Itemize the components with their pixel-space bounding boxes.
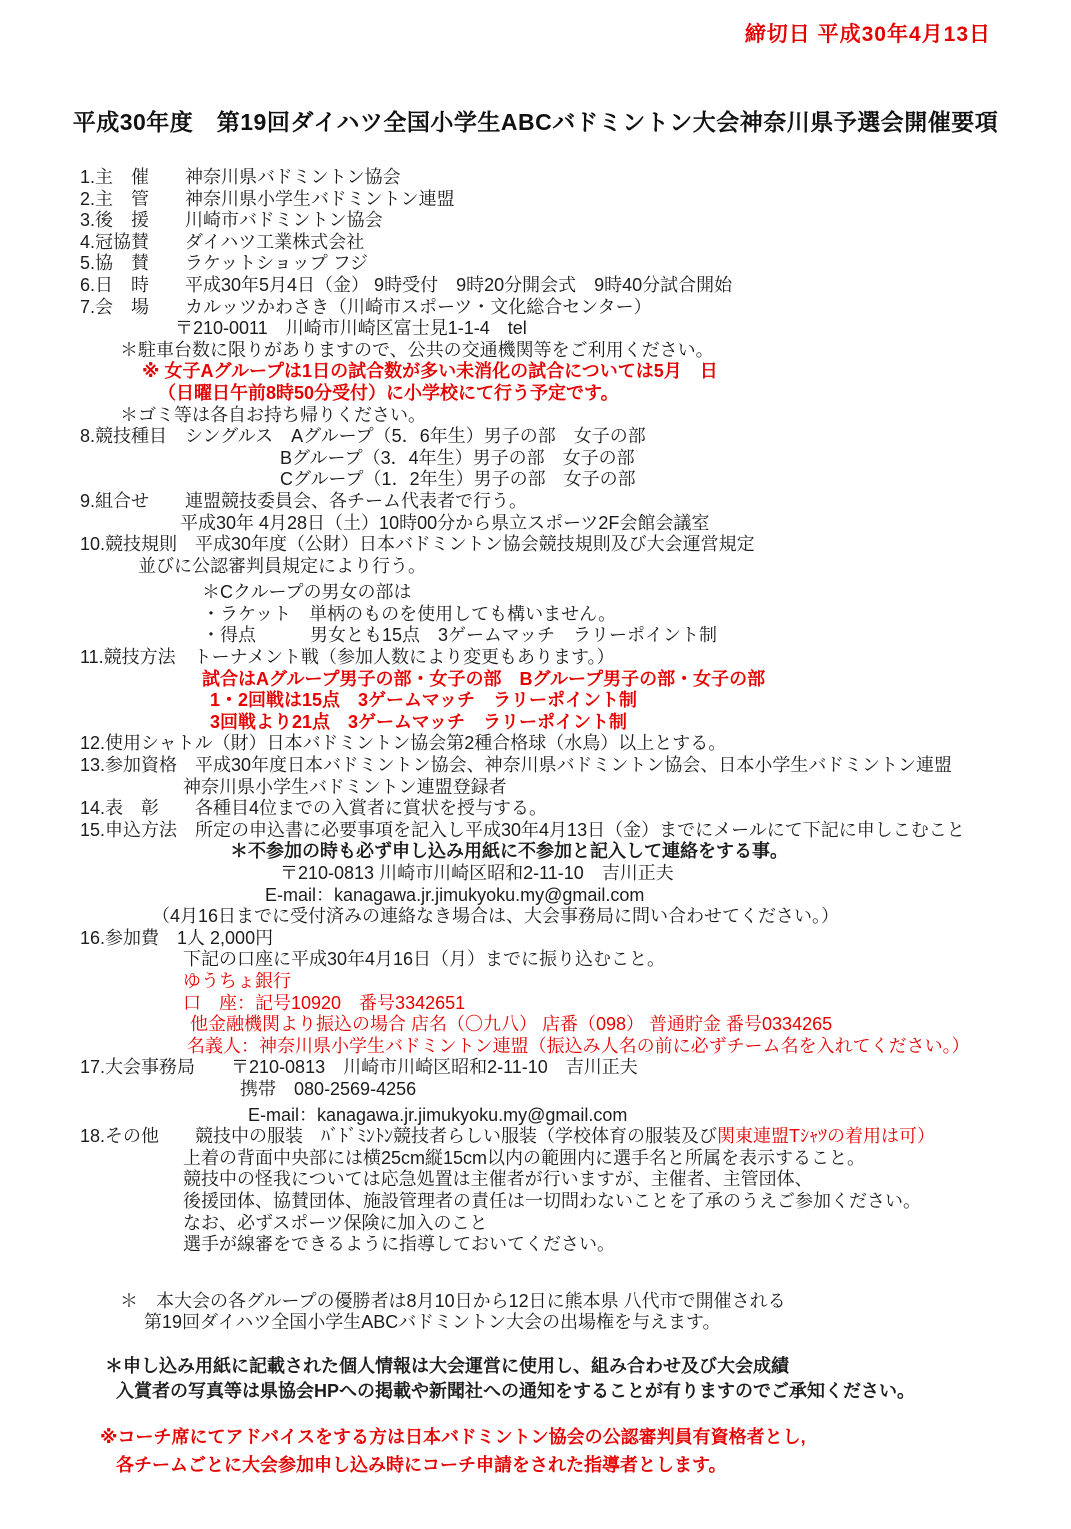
deadline-note: 締切日 平成30年4月13日 (0, 0, 1071, 48)
doc-line: 選手が線審をできるように指導しておいてください。 (80, 1234, 1051, 1256)
doc-line-text: 6.日 時 平成30年5月4日（金） 9時受付 9時20分開会式 9時40分試合… (80, 275, 732, 295)
doc-line-text: E-mail：kanagawa.jr.jimukyoku.my@gmail.co… (248, 1105, 627, 1125)
doc-line: 携帯 080-2569-4256 (80, 1079, 1051, 1101)
doc-line-text: 口 座：記号10920 番号3342651 (183, 993, 465, 1013)
doc-line: ＊ 本大会の各グループの優勝者は8月10日から12日に熊本県 八代市で開催される (80, 1291, 1051, 1313)
doc-line: 12.使用シャトル（財）日本バドミントン協会第2種合格球（水鳥）以上とする。 (80, 733, 1051, 755)
doc-line: 下記の口座に平成30年4月16日（月）までに振り込むこと。 (80, 949, 1051, 971)
doc-line: ＊Cクループの男女の部は (80, 582, 1051, 604)
doc-line: （4月16日までに受付済みの連絡なき場合は、大会事務局に問い合わせてください。） (80, 906, 1051, 928)
doc-line-text: 試合はAグループ男子の部・女子の部 Bグループ男子の部・女子の部 (202, 669, 765, 689)
doc-line-text: （4月16日までに受付済みの連絡なき場合は、大会事務局に問い合わせてください。） (152, 906, 839, 926)
doc-line: 14.表 彰 各種目4位までの入賞者に賞状を授与する。 (80, 798, 1051, 820)
doc-line-text: ＊駐車台数に限りがありますので、公共の交通機関等をご利用ください。 (120, 340, 714, 360)
doc-line-text: 11.競技方法 トーナメント戦（参加人数により変更もあります。） (80, 647, 615, 667)
doc-line: 試合はAグループ男子の部・女子の部 Bグループ男子の部・女子の部 (80, 669, 1051, 691)
doc-line: 4.冠協賛 ダイハツ工業株式会社 (80, 232, 1051, 254)
doc-line: E-mail：kanagawa.jr.jimukyoku.my@gmail.co… (80, 885, 1051, 907)
doc-line: 17.大会事務局 〒210-0813 川崎市川崎区昭和2-11-10 吉川正夫 (80, 1057, 1051, 1079)
doc-line-text: 5.協 賛 ラケットショップ フジ (80, 253, 368, 273)
doc-line: ・得点 男女とも15点 3ゲームマッチ ラリーポイント制 (80, 625, 1051, 647)
doc-line-text: 後援団体、協賛団体、施設管理者の責任は一切問わないことを了承のうえご参加ください… (183, 1191, 921, 1211)
doc-line: なお、必ずスポーツ保険に加入のこと (80, 1213, 1051, 1235)
doc-line-text: E-mail：kanagawa.jr.jimukyoku.my@gmail.co… (265, 885, 644, 905)
doc-line: 13.参加資格 平成30年度日本バドミントン協会、神奈川県バドミントン協会、日本… (80, 755, 1051, 777)
doc-line-text: ゆうちょ銀行 (183, 971, 291, 991)
doc-line-text: 14.表 彰 各種目4位までの入賞者に賞状を授与する。 (80, 798, 547, 818)
doc-line-text: 17.大会事務局 〒210-0813 川崎市川崎区昭和2-11-10 吉川正夫 (80, 1057, 638, 1077)
doc-line: 7.会 場 カルッツかわさき（川崎市スポーツ・文化総合センター） (80, 297, 1051, 319)
doc-line: 10.競技規則 平成30年度（公財）日本バドミントン協会競技規則及び大会運営規定 (80, 534, 1051, 556)
doc-line-text: 4.冠協賛 ダイハツ工業株式会社 (80, 232, 364, 252)
doc-line-text: 他金融機関より振込の場合 店名（〇九八） 店番（098） 普通貯金 番号0334… (190, 1014, 832, 1034)
doc-line: 11.競技方法 トーナメント戦（参加人数により変更もあります。） (80, 647, 1051, 669)
doc-line: ※コーチ席にてアドバイスをする方は日本バドミントン協会の公認審判員有資格者とし, (80, 1427, 1051, 1449)
doc-line-text: なお、必ずスポーツ保険に加入のこと (183, 1213, 488, 1233)
doc-line: 5.協 賛 ラケットショップ フジ (80, 253, 1051, 275)
doc-line: 1・2回戦は15点 3ゲームマッチ ラリーポイント制 (80, 690, 1051, 712)
document-page: 締切日 平成30年4月13日 平成30年度 第19回ダイハツ全国小学生ABCバド… (0, 0, 1071, 1529)
doc-line-text: 3回戦より21点 3ゲームマッチ ラリーポイント制 (210, 712, 627, 732)
doc-line-text: ※コーチ席にてアドバイスをする方は日本バドミントン協会の公認審判員有資格者とし, (100, 1427, 806, 1447)
doc-line-text: 関東連盟Tｼｬﾂの着用は可） (717, 1126, 935, 1146)
doc-line-text: 入賞者の写真等は県協会HPへの掲載や新聞社への通知をすることが有りますのでご承知… (116, 1381, 915, 1401)
doc-line: ＊駐車台数に限りがありますので、公共の交通機関等をご利用ください。 (80, 340, 1051, 362)
doc-line: 〒210-0813 川崎市川崎区昭和2-11-10 吉川正夫 (80, 863, 1051, 885)
doc-line-text: 競技中の怪我については応急処置は主催者が行いますが、主催者、主管団体、 (183, 1169, 813, 1189)
doc-line: 〒210-0011 川崎市川崎区富士見1-1-4 tel (80, 318, 1051, 340)
doc-line: ※ 女子Aグループは1日の試合数が多い未消化の試合については5月 日 (80, 361, 1051, 383)
doc-line-text: 16.参加費 1人 2,000円 (80, 928, 273, 948)
doc-line: 3.後 援 川崎市バドミントン協会 (80, 210, 1051, 232)
doc-line-text: ※ 女子Aグループは1日の試合数が多い未消化の試合については5月 日 (142, 361, 718, 381)
doc-line: 口 座：記号10920 番号3342651 (80, 993, 1051, 1015)
doc-line-text: 7.会 場 カルッツかわさき（川崎市スポーツ・文化総合センター） (80, 297, 652, 317)
doc-line: 後援団体、協賛団体、施設管理者の責任は一切問わないことを了承のうえご参加ください… (80, 1191, 1051, 1213)
doc-line: ＊ゴミ等は各自お持ち帰りください。 (80, 405, 1051, 427)
doc-line-text: 各チームごとに大会参加申し込み時にコーチ申請をされた指導者とします。 (116, 1455, 727, 1475)
doc-line-text: 8.競技種目 シングルス Aグループ（5．6年生）男子の部 女子の部 (80, 426, 646, 446)
doc-line: 第19回ダイハツ全国小学生ABCバドミントン大会の出場権を与えます。 (80, 1312, 1051, 1334)
doc-line-text: 〒210-0011 川崎市川崎区富士見1-1-4 tel (175, 318, 527, 338)
doc-line: 3回戦より21点 3ゲームマッチ ラリーポイント制 (80, 712, 1051, 734)
doc-line-text: 12.使用シャトル（財）日本バドミントン協会第2種合格球（水鳥）以上とする。 (80, 733, 726, 753)
doc-line: ＊不参加の時も必ず申し込み用紙に不参加と記入して連絡をする事。 (80, 841, 1051, 863)
doc-line-text: ＊不参加の時も必ず申し込み用紙に不参加と記入して連絡をする事。 (230, 841, 788, 861)
doc-line: 1.主 催 神奈川県バドミントン協会 (80, 167, 1051, 189)
doc-line: ・ラケット 単柄のものを使用しても構いません。 (80, 604, 1051, 626)
doc-line: 入賞者の写真等は県協会HPへの掲載や新聞社への通知をすることが有りますのでご承知… (80, 1381, 1051, 1403)
doc-line: ＊申し込み用紙に記載された個人情報は大会運営に使用し、組み合わせ及び大会成績 (80, 1356, 1051, 1378)
doc-line: Bグループ（3．4年生）男子の部 女子の部 (80, 448, 1051, 470)
doc-line: 9.組合せ 連盟競技委員会、各チーム代表者で行う。 (80, 491, 1051, 513)
doc-line: 6.日 時 平成30年5月4日（金） 9時受付 9時20分開会式 9時40分試合… (80, 275, 1051, 297)
doc-line: Cグループ（1．2年生）男子の部 女子の部 (80, 469, 1051, 491)
doc-line: 2.主 管 神奈川県小学生バドミントン連盟 (80, 189, 1051, 211)
doc-line: 16.参加費 1人 2,000円 (80, 928, 1051, 950)
doc-line-text: ＊申し込み用紙に記載された個人情報は大会運営に使用し、組み合わせ及び大会成績 (105, 1356, 789, 1376)
doc-line-text: Bグループ（3．4年生）男子の部 女子の部 (280, 448, 635, 468)
doc-line: E-mail：kanagawa.jr.jimukyoku.my@gmail.co… (80, 1105, 1051, 1127)
doc-line-text: 上着の背面中央部には横25cm縦15cm以内の範囲内に選手名と所属を表示すること… (183, 1148, 865, 1168)
doc-line: 平成30年 4月28日（土）10時00分から県立スポーツ2F会館会議室 (80, 513, 1051, 535)
doc-line-text: ・得点 男女とも15点 3ゲームマッチ ラリーポイント制 (202, 625, 717, 645)
doc-line-text: 18.その他 競技中の服装 ﾊﾞﾄﾞﾐﾝﾄﾝ競技者らしい服装（学校体育の服装及び (80, 1126, 717, 1146)
doc-line-text: 神奈川県小学生バドミントン連盟登録者 (183, 777, 507, 797)
doc-line: ゆうちょ銀行 (80, 971, 1051, 993)
doc-line: 15.申込方法 所定の申込書に必要事項を記入し平成30年4月13日（金）までにメ… (80, 820, 1051, 842)
doc-line-text: 1・2回戦は15点 3ゲームマッチ ラリーポイント制 (210, 690, 637, 710)
doc-line-text: ＊Cクループの男女の部は (202, 582, 412, 602)
doc-line-text: 並びに公認審判員規定により行う。 (138, 556, 426, 576)
doc-line-text: 2.主 管 神奈川県小学生バドミントン連盟 (80, 189, 455, 209)
doc-line-text: 10.競技規則 平成30年度（公財）日本バドミントン協会競技規則及び大会運営規定 (80, 534, 755, 554)
doc-line-text: 下記の口座に平成30年4月16日（月）までに振り込むこと。 (183, 949, 665, 969)
doc-line: 競技中の怪我については応急処置は主催者が行いますが、主催者、主管団体、 (80, 1169, 1051, 1191)
doc-line-text: 〒210-0813 川崎市川崎区昭和2-11-10 吉川正夫 (280, 863, 674, 883)
doc-line-text: Cグループ（1．2年生）男子の部 女子の部 (280, 469, 636, 489)
doc-line-text: ＊ 本大会の各グループの優勝者は8月10日から12日に熊本県 八代市で開催される (120, 1291, 786, 1311)
doc-line: 並びに公認審判員規定により行う。 (80, 556, 1051, 578)
doc-line: 18.その他 競技中の服装 ﾊﾞﾄﾞﾐﾝﾄﾝ競技者らしい服装（学校体育の服装及び… (80, 1126, 1051, 1148)
doc-line: 各チームごとに大会参加申し込み時にコーチ申請をされた指導者とします。 (80, 1455, 1051, 1477)
doc-line: 他金融機関より振込の場合 店名（〇九八） 店番（098） 普通貯金 番号0334… (80, 1014, 1051, 1036)
doc-line-text: 9.組合せ 連盟競技委員会、各チーム代表者で行う。 (80, 491, 527, 511)
page-title: 平成30年度 第19回ダイハツ全国小学生ABCバドミントン大会神奈川県予選会開催… (0, 104, 1071, 137)
doc-line-text: 平成30年 4月28日（土）10時00分から県立スポーツ2F会館会議室 (180, 513, 709, 533)
doc-body: 1.主 催 神奈川県バドミントン協会2.主 管 神奈川県小学生バドミントン連盟3… (0, 167, 1071, 1476)
doc-line-text: 13.参加資格 平成30年度日本バドミントン協会、神奈川県バドミントン協会、日本… (80, 755, 952, 775)
doc-line-text: （日曜日午前8時50分受付）に小学校にて行う予定です。 (158, 383, 619, 403)
doc-line-text: 第19回ダイハツ全国小学生ABCバドミントン大会の出場権を与えます。 (144, 1312, 721, 1332)
doc-line-text: 1.主 催 神奈川県バドミントン協会 (80, 167, 401, 187)
doc-line: 上着の背面中央部には横25cm縦15cm以内の範囲内に選手名と所属を表示すること… (80, 1148, 1051, 1170)
doc-line: 8.競技種目 シングルス Aグループ（5．6年生）男子の部 女子の部 (80, 426, 1051, 448)
doc-line-text: 15.申込方法 所定の申込書に必要事項を記入し平成30年4月13日（金）までにメ… (80, 820, 965, 840)
doc-line-text: 携帯 080-2569-4256 (240, 1079, 416, 1099)
doc-line: （日曜日午前8時50分受付）に小学校にて行う予定です。 (80, 383, 1051, 405)
doc-line-text: ＊ゴミ等は各自お持ち帰りください。 (120, 405, 426, 425)
doc-line: 名義人：神奈川県小学生バドミントン連盟（振込み人名の前に必ずチーム名を入れてくだ… (80, 1036, 1051, 1058)
doc-line-text: ・ラケット 単柄のものを使用しても構いません。 (202, 604, 616, 624)
doc-line: 神奈川県小学生バドミントン連盟登録者 (80, 777, 1051, 799)
doc-line-text: 選手が線審をできるように指導しておいてください。 (183, 1234, 615, 1254)
doc-line-text: 名義人：神奈川県小学生バドミントン連盟（振込み人名の前に必ずチーム名を入れてくだ… (187, 1036, 970, 1056)
doc-line-text: 3.後 援 川崎市バドミントン協会 (80, 210, 383, 230)
